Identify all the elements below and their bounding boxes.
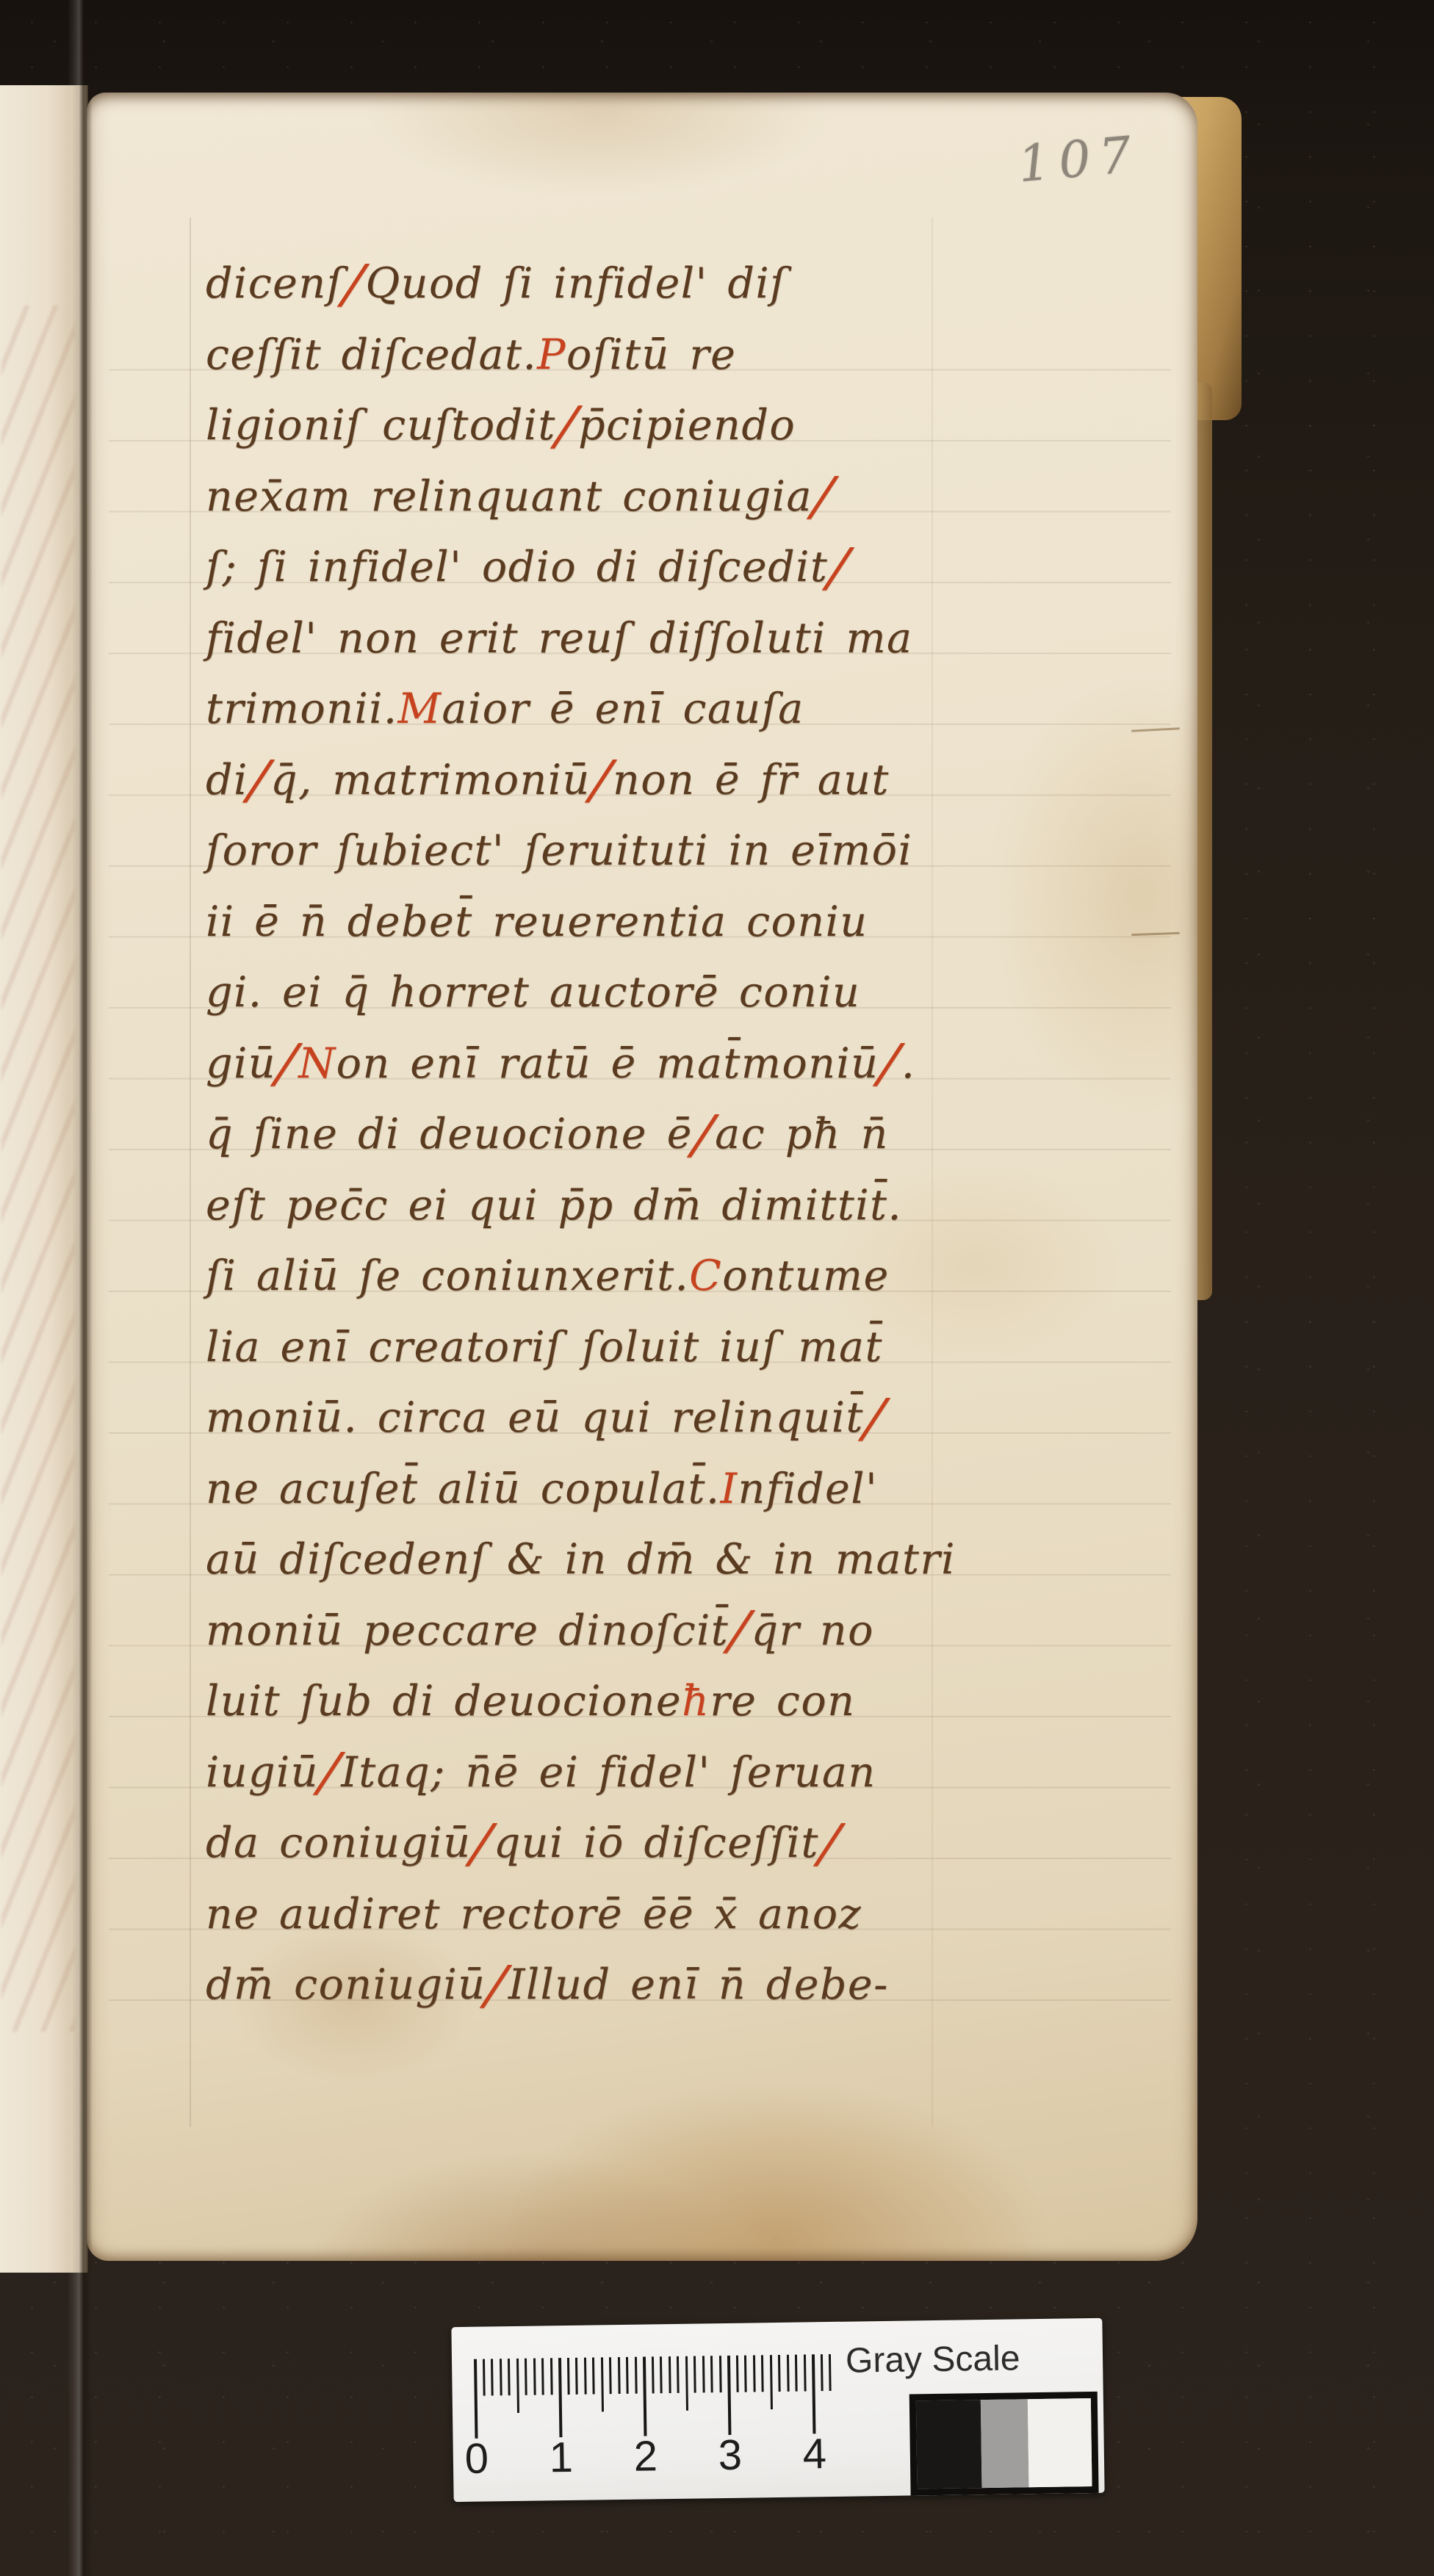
manuscript-line: ſoror ſubiect' ſeruituti in eīmōi — [206, 815, 962, 887]
ruler-tick — [660, 2356, 663, 2393]
manuscript-page: 107 dicenſ/Quod ſi infidel' diſceſſit di… — [87, 93, 1197, 2261]
ruler-tick — [566, 2358, 569, 2395]
ruler-tick — [795, 2355, 798, 2392]
grayscale-patch — [916, 2400, 982, 2489]
manuscript-line: da coniugiū/ qui iō diſceſſit/ — [206, 1808, 962, 1879]
ruler-number: 1 — [544, 2433, 577, 2483]
ruler-tick — [508, 2359, 511, 2395]
glass-edge-highlight — [68, 0, 93, 2576]
ruler-tick — [812, 2354, 816, 2434]
manuscript-text-block: dicenſ/Quod ſi infidel' diſceſſit diſced… — [206, 248, 962, 2021]
manuscript-line: moniū. circa eū qui relinquit̄/ — [206, 1382, 962, 1454]
scale-card: 01234 Gray Scale — [451, 2318, 1104, 2502]
grayscale-patches — [909, 2392, 1099, 2496]
ruler-tick — [516, 2359, 519, 2413]
manuscript-line: q̄ ſine di deuocione ē/ ac pħ n̄ — [206, 1099, 962, 1170]
grayscale-patch — [1028, 2398, 1092, 2487]
manuscript-line: giū/Non enī ratū ē mat̄moniū/. — [206, 1028, 962, 1100]
ruler-tick — [829, 2354, 832, 2391]
gray-scale-label: Gray Scale — [846, 2337, 1089, 2381]
ruler-tick — [617, 2357, 620, 2394]
ruler-tick — [525, 2359, 527, 2395]
manuscript-line: dm̄ coniugiū/Illud enī n̄ debe- — [206, 1949, 962, 2021]
ruler-tick — [803, 2354, 806, 2391]
manuscript-line: ſi aliū ſe coniunxerit. Contume — [206, 1241, 962, 1312]
manuscript-line: nex̄am relinquant coniugia/ — [206, 461, 962, 533]
manuscript-line: trimonii. Maior ē enī cauſa — [206, 674, 962, 745]
ruler-tick — [702, 2356, 705, 2392]
ruler-tick — [677, 2356, 680, 2393]
ruler-tick — [643, 2357, 647, 2436]
ruler-tick — [786, 2355, 789, 2392]
manuscript-line: ligioniſ cuſtodit/ p̄cipiendo — [206, 390, 962, 461]
manuscript-line: lia enī creatoriſ ſoluit iuſ mat̄ — [206, 1312, 962, 1383]
grayscale-patch — [981, 2399, 1029, 2488]
ruler-ticks — [451, 2318, 1102, 2327]
ruler-tick — [735, 2356, 738, 2392]
ruler-tick — [541, 2358, 544, 2395]
ruler-tick — [575, 2358, 578, 2395]
ruler-tick — [499, 2359, 502, 2395]
ruler-tick — [558, 2358, 563, 2437]
manuscript-line: ii ē n̄ debet̄ reuerentia coniu — [206, 887, 962, 958]
manuscript-line: ſ; ſi infidel' odio di diſcedit/ — [206, 532, 962, 603]
facing-page-showthrough — [1, 306, 75, 2032]
ruler-tick — [727, 2356, 732, 2435]
ruler-tick — [693, 2356, 696, 2393]
manuscript-line: moniū peccare dinoſcit̄/ q̄r no — [206, 1595, 962, 1667]
ruler-tick — [482, 2359, 485, 2396]
ruler-tick — [609, 2357, 612, 2394]
ruler-tick — [583, 2358, 586, 2395]
ruler-tick — [710, 2356, 713, 2392]
ruler-tick — [533, 2359, 536, 2395]
ruler-tick — [752, 2355, 755, 2392]
ruler-numbers: 01234 — [451, 2318, 1102, 2327]
ruler-tick — [761, 2355, 764, 2392]
manuscript-line: dicenſ/Quod ſi infidel' diſ — [206, 248, 962, 320]
ruler-tick — [668, 2356, 671, 2393]
manuscript-line: ne audiret rectorē ēē x̄ anoz — [206, 1879, 962, 1950]
ruler-tick — [769, 2355, 772, 2409]
manuscript-line: di/q̄, matrimoniū/non ē fr̄ aut — [206, 745, 962, 816]
ruler-number: 3 — [713, 2431, 746, 2481]
ruler-number: 2 — [629, 2431, 662, 2481]
ruler-tick — [592, 2357, 595, 2394]
manuscript-line: ne acuſet̄ aliū copulat̄. Infidel' — [206, 1454, 962, 1525]
ruler-tick — [634, 2357, 637, 2394]
photograph: 107 dicenſ/Quod ſi infidel' diſceſſit di… — [0, 0, 1434, 2576]
manuscript-line: ceſſit diſcedat. Poſitū re — [206, 320, 962, 391]
ruler-number: 0 — [460, 2434, 493, 2483]
ruler-tick — [626, 2357, 629, 2394]
ruling-line-left-margin — [190, 217, 191, 2127]
ruler-tick — [600, 2357, 603, 2411]
ruler-tick — [474, 2359, 478, 2439]
ruler-tick — [778, 2355, 781, 2392]
manuscript-line: fidel' non erit reuſ diſſoluti ma — [206, 603, 962, 674]
ruler-tick — [550, 2358, 552, 2395]
manuscript-line: luit ſub di deuocione ħre con — [206, 1666, 962, 1737]
ruler-tick — [744, 2356, 747, 2392]
ruler-tick — [651, 2356, 654, 2393]
manuscript-line: gi. ei q̄ horret auctorē coniu — [206, 957, 962, 1028]
manuscript-line: aū diſcedenſ & in dm̄ & in matri — [206, 1524, 962, 1595]
ruler-tick — [820, 2354, 823, 2391]
ruler-tick — [718, 2356, 721, 2392]
folio-number: 107 — [1016, 126, 1142, 194]
ruler-number: 4 — [798, 2429, 831, 2479]
manuscript-line: iugiū/Itaq; n̄ē ei fidel' ſeruan — [206, 1737, 962, 1808]
manuscript-line: eſt pec̄c ei qui p̄p dm̄ dimittit̄. — [206, 1170, 962, 1241]
ruler-tick — [491, 2359, 494, 2395]
ruler-tick — [685, 2356, 688, 2411]
